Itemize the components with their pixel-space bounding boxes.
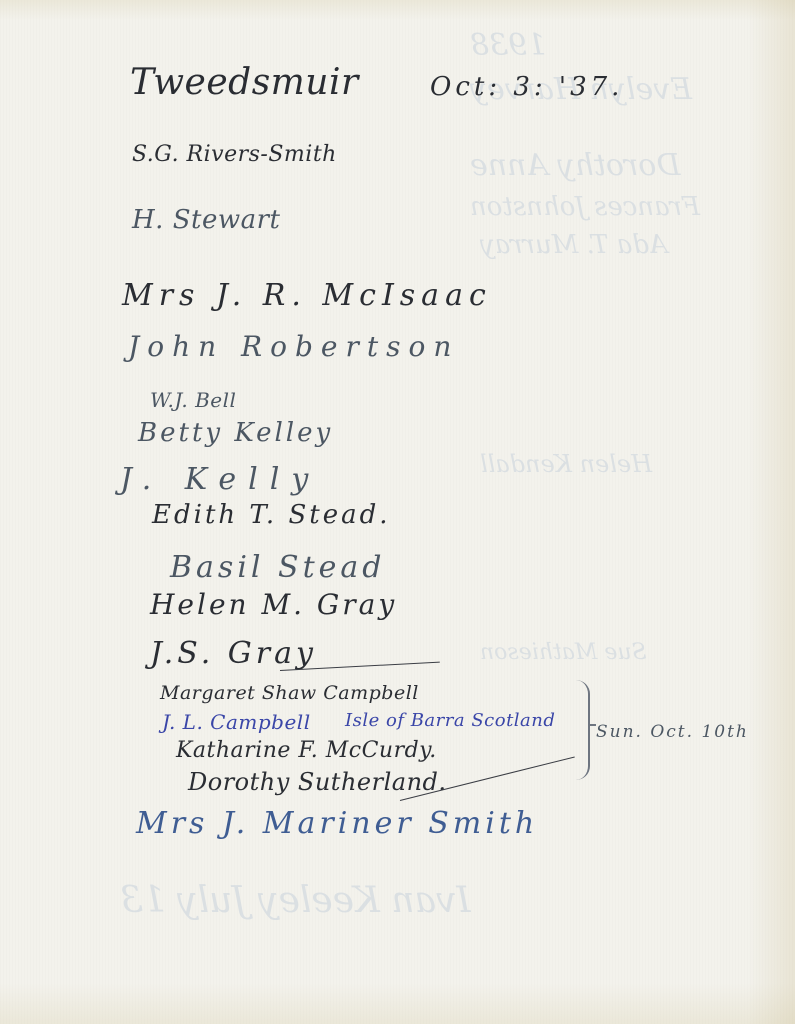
signature-location: Isle of Barra Scotland [345,710,555,731]
signature-date: Oct: 3: '37. [430,72,623,102]
signature: Mrs J. Mariner Smith [136,806,538,841]
show-through-text: Frances Johnston [470,192,700,222]
signature: John Robertson [128,330,459,363]
bracket [572,680,590,780]
signature: Dorothy Sutherland. [188,768,447,796]
signature: Betty Kelley [138,418,333,448]
guestbook-page: 1938 Evelyn Harvey Dorothy Anne Frances … [0,0,795,1024]
signature: H. Stewart [132,205,280,235]
signature: Basil Stead [170,550,386,585]
signature: Helen M. Gray [150,588,397,621]
signature: W.J. Bell [150,388,236,412]
show-through-text: Sue Mathieson [480,640,647,665]
show-through-text: Ada T. Murray [480,230,668,260]
show-through-text: Ivan Keeley July 13 [120,880,471,921]
show-through-text: Helen Kendall [480,450,652,478]
show-through-text: Dorothy Anne [470,148,680,183]
signature: Margaret Shaw Campbell [160,682,419,704]
signature: S.G. Rivers-Smith [132,142,337,167]
signature: J. Kelly [120,462,320,497]
signature: J. L. Campbell [162,710,311,734]
bracket-note: Sun. Oct. 10th [596,722,749,742]
signature-tweedsmuir: Tweedsmuir [130,62,359,103]
show-through-year: 1938 [470,28,546,63]
signature: Mrs J. R. McIsaac [122,278,492,313]
signature: Katharine F. McCurdy. [176,738,437,763]
signature: J.S. Gray [150,636,317,671]
signature: Edith T. Stead. [152,500,391,530]
